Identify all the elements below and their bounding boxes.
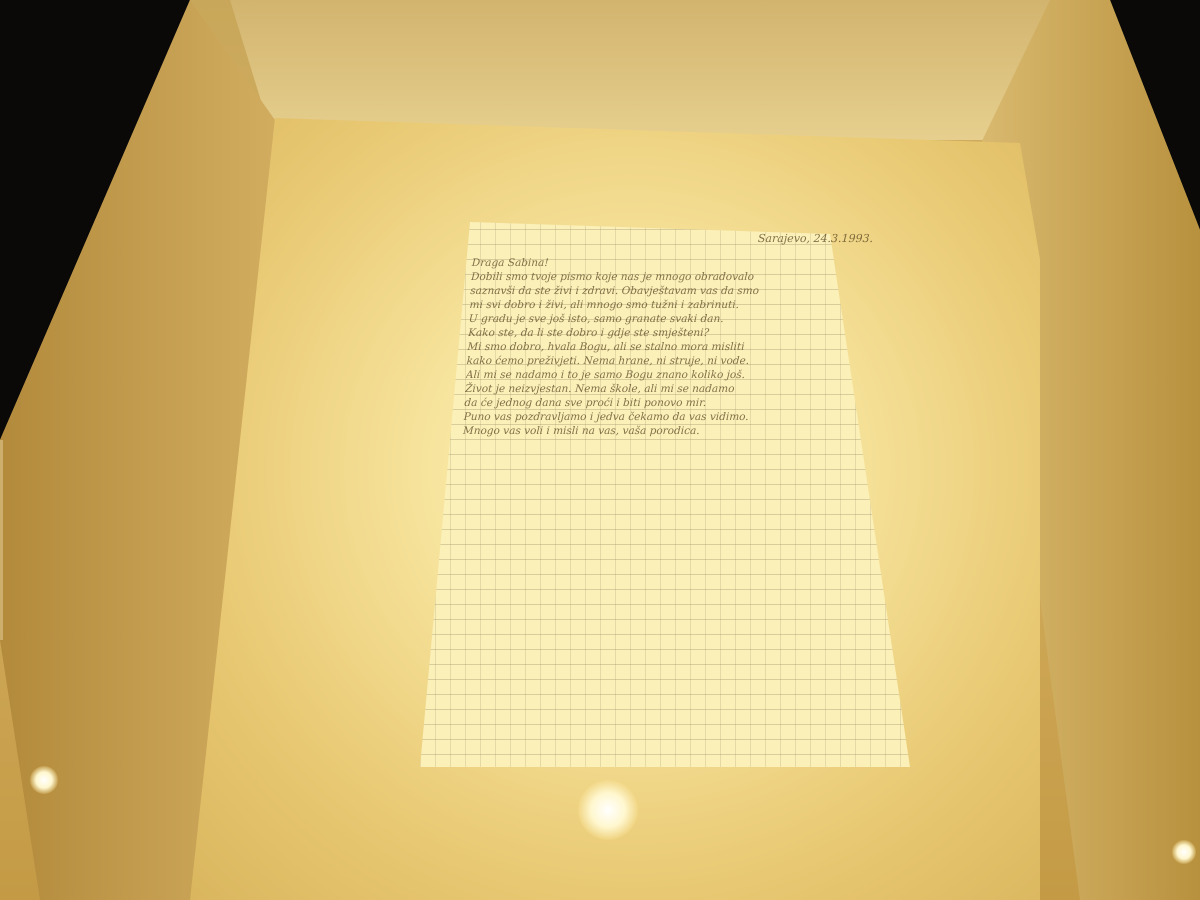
display-case-scene: Sarajevo, 24.3.1993. Draga Sabina! Dobil… — [0, 0, 1200, 900]
reflection-light-icon — [30, 766, 58, 794]
letter-line: kako ćemo preživjeti. Nema hrane, ni str… — [466, 354, 867, 368]
letter-line: da će jednog dana sve proći i biti ponov… — [464, 396, 865, 410]
letter-line: Dobili smo tvoje pismo koje nas je mnogo… — [471, 270, 872, 284]
letter-date: Sarajevo, 24.3.1993. — [473, 232, 874, 246]
letter-line: Mnogo vas voli i misli na vas, vaša poro… — [463, 424, 864, 438]
letter-line: Život je neizvjestan. Nema škole, ali mi… — [465, 382, 866, 396]
glass-edge — [0, 440, 3, 640]
letter-line: mi svi dobro i živi, ali mnogo smo tužni… — [469, 298, 870, 312]
handwritten-letter: Sarajevo, 24.3.1993. Draga Sabina! Dobil… — [463, 232, 874, 438]
letter-line: saznavši da ste živi i zdravi. Obavješta… — [470, 284, 871, 298]
letter-line: Kako ste, da li ste dobro i gdje ste smj… — [468, 326, 869, 340]
spotlight-icon — [578, 780, 638, 840]
case-back-wall — [230, 0, 1090, 140]
letter-line: U gradu je sve još isto, samo granate sv… — [468, 312, 869, 326]
letter-line: Puno vas pozdravljamo i jedva čekamo da … — [463, 410, 864, 424]
letter-line: Ali mi se nadamo i to je samo Bogu znano… — [466, 368, 867, 382]
letter-line: Draga Sabina! — [471, 256, 872, 270]
reflection-light-icon — [1172, 840, 1196, 864]
letter-line: Mi smo dobro, hvala Bogu, ali se stalno … — [467, 340, 868, 354]
